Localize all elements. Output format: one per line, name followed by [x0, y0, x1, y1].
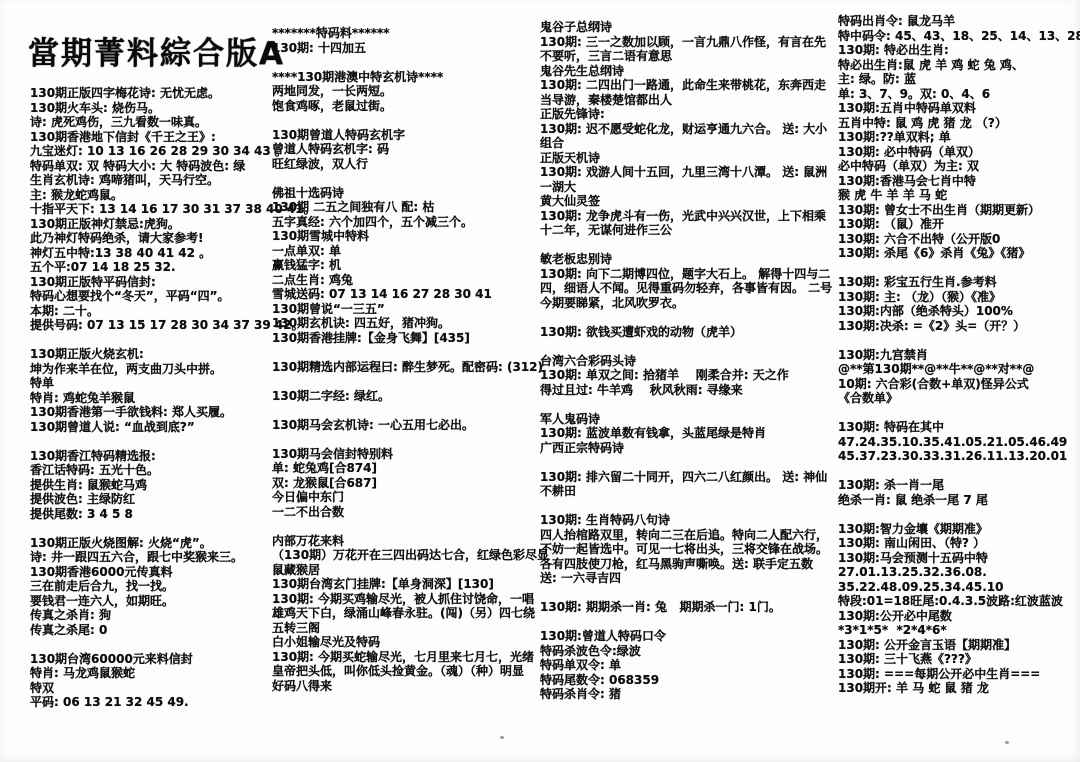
text-line: 130期: 向下二期博四位，题字大石上。 解得十四与二 — [540, 267, 832, 282]
text-line: 130期马会玄机诗: 一心五用七必出。 — [272, 418, 549, 433]
text-line: 130期香港挂牌:【金身飞舞】[435] — [272, 331, 549, 346]
text-line: 45.37.23.30.33.31.26.11.13.20.01 — [838, 449, 1080, 464]
blank-line — [540, 499, 832, 514]
blank-line — [540, 397, 832, 412]
text-line: 特中码令: 45、43、18、25、14、13、28、46 — [838, 29, 1080, 44]
text-line: 五肖中特: 鼠 鸡 虎 猪 龙 （?） — [838, 116, 1080, 131]
text-line: 130期: 今期买蛇输尽光，七月里来七月七，光绪 — [272, 650, 549, 665]
text-line: 130期: 三十飞燕《???》 — [838, 652, 1080, 667]
text-line: 130期: 戏游人间十五回，九里三湾十八潭。 送: 鼠洲 — [540, 165, 832, 180]
column-4: 特码出肖令: 鼠龙马羊特中码令: 45、43、18、25、14、13、28、46… — [838, 14, 1080, 696]
column-3: 鬼谷子总纲诗130期: 三一之数加以顾，一言九鼎八作怪，有言在先不要听，三言二语… — [540, 20, 832, 702]
text-line: 47.24.35.10.35.41.05.21.05.46.49 — [838, 435, 1080, 450]
text-line: 130期玄机诀: 四五好，猪冲狗。 — [272, 316, 549, 331]
text-line: 鬼谷子总纲诗 — [540, 20, 832, 35]
text-line: 35.22.48.09.25.34.45.10 — [838, 580, 1080, 595]
text-line: 特码杀波色令:绿波 — [540, 644, 832, 659]
blank-line — [272, 519, 549, 534]
scan-speck — [500, 736, 504, 739]
column-2: *******特码料******130期: 十四加五 ****130期港澳中特玄… — [272, 26, 549, 693]
text-line: 雄鸡天下白，绿涌山峰春永驻。(闯)（另）四七绕 — [272, 606, 549, 621]
blank-line — [272, 345, 549, 360]
text-line: 正版先锋诗: — [540, 107, 832, 122]
text-line: 赢钱猛字: 机 — [272, 258, 549, 273]
text-line: 130期台湾玄门挂牌:【单身洞深】[130] — [272, 577, 549, 592]
blank-line — [838, 507, 1080, 522]
text-line: 广西正宗特码诗 — [540, 441, 832, 456]
text-line: 130期:内部（绝杀特头）100% — [838, 304, 1080, 319]
text-line: 雪城送码: 07 13 14 16 27 28 30 41 — [272, 287, 549, 302]
blank-line — [540, 310, 832, 325]
text-line: 正版天机诗 — [540, 151, 832, 166]
text-line: 130期: 十四加五 — [272, 41, 549, 56]
text-line: 绝杀一肖: 鼠 绝杀一尾 7 尾 — [838, 493, 1080, 508]
text-line: 鬼谷先生总纲诗 — [540, 64, 832, 79]
text-line: 130期: 杀一肖一尾 — [838, 478, 1080, 493]
text-line: 130期: 龙争虎斗有一伤，光武中兴兴汉世，上下相乘 — [540, 209, 832, 224]
text-line: 饱食鸡啄，老鼠过街。 — [272, 99, 549, 114]
text-line: 130期: 期期杀一肖: 兔 期期杀一门: 1门。 — [540, 600, 832, 615]
blank-line — [272, 55, 549, 70]
text-line: 130期:香港马会七肖中特 — [838, 174, 1080, 189]
text-line: 130期: 迟不愿受蛇化龙，财运亨通九六合。 送: 大小 — [540, 122, 832, 137]
text-line: 130期开: 羊 马 蛇 鼠 猪 龙 — [838, 681, 1080, 696]
text-line: 130期 二五之间独有八 配: 枯 — [272, 200, 549, 215]
text-line: 130期马会信封特别料 — [272, 447, 549, 462]
blank-line — [838, 261, 1080, 276]
text-line: 130期曾说“一三五” — [272, 302, 549, 317]
scanned-sheet: 當期菁料綜合版A 130期正版四字梅花诗: 无忧无虑。130期火车头: 烧伤马。… — [0, 0, 1080, 762]
text-line: 内部万花来料 — [272, 534, 549, 549]
text-line: 单: 3、7、9。双: 0、4、6 — [838, 87, 1080, 102]
blank-line — [540, 455, 832, 470]
text-line: 130期精选内部运程曰: 醉生梦死。配密码: (312) — [272, 360, 549, 375]
text-line: 五转三阁 — [272, 621, 549, 636]
text-line: 旺红绿波，双人行 — [272, 157, 549, 172]
text-line: 猴 虎 牛 羊 羊 马 蛇 — [838, 188, 1080, 203]
text-line: 敏老板忠别诗 — [540, 252, 832, 267]
page-title: 當期菁料綜合版A — [28, 28, 285, 73]
text-line: 佛祖十选码诗 — [272, 186, 549, 201]
text-line: 130期: 曾女士不出生肖（期期更新） — [838, 203, 1080, 218]
text-line: 130期: 排六留二十同开，四六二八红颜出。 送: 神仙 — [540, 470, 832, 485]
text-line: 十二年，无谋何进作三公 — [540, 223, 832, 238]
text-line: 组合 — [540, 136, 832, 151]
text-line: 二点生肖: 鸡兔 — [272, 273, 549, 288]
text-line: 平码: 06 13 21 32 45 49. — [30, 695, 316, 710]
text-line: 不妨一起皆选中。可见一七将出头，三将交锋在战场。 — [540, 542, 832, 557]
text-line: 白小姐输尽光及特码 — [272, 635, 549, 650]
text-line: 今期要睇紧，北风吹罗衣。 — [540, 296, 832, 311]
text-line: 130期: 蓝波单数有钱拿，头蓝尾绿是特肖 — [540, 426, 832, 441]
blank-line — [540, 238, 832, 253]
text-line: 130期:五肖中特码单双料 — [838, 101, 1080, 116]
blank-line — [540, 615, 832, 630]
text-line: 双: 龙猴鼠[合687] — [272, 476, 549, 491]
text-line: 130期: ===每期公开必中生肖=== — [838, 667, 1080, 682]
text-line: 军人鬼码诗 — [540, 412, 832, 427]
text-line: 四，细语人不闻。见得重码勿轻弃，各事皆有因。 二号 — [540, 281, 832, 296]
text-line: 特段:01=18旺尾:0.4.3.5波路:红波蓝波 — [838, 594, 1080, 609]
text-line: 一湖大 — [540, 180, 832, 195]
text-line: 特码单双令: 单 — [540, 658, 832, 673]
text-line: 一二不出合数 — [272, 505, 549, 520]
text-line: 130期雪城中特料 — [272, 229, 549, 244]
text-line: 130期: 六合不出特（公开版0 — [838, 232, 1080, 247]
blank-line — [272, 432, 549, 447]
text-line: 130期: 单双之间: 拾猪羊 刚柔合并: 天之作 — [540, 368, 832, 383]
text-line: 130期: 生肖特码八句诗 — [540, 513, 832, 528]
text-line: 五字真经: 六个加四个，五个减三个。 — [272, 215, 549, 230]
blank-line — [540, 586, 832, 601]
text-line: 必中特码（单双）为主: 双 — [838, 159, 1080, 174]
blank-line — [838, 406, 1080, 421]
text-line: 《合数单》 — [838, 391, 1080, 406]
text-line: 今日偏中东门 — [272, 490, 549, 505]
text-line: 130期二字经: 绿红。 — [272, 389, 549, 404]
text-line: 130期: 特码在其中 — [838, 420, 1080, 435]
text-line: 不耕田 — [540, 484, 832, 499]
text-line: 鼠藏猴居 — [272, 563, 549, 578]
text-line: 曾道人特码玄机字: 码 — [272, 142, 549, 157]
text-line: 得过且过: 牛羊鸡 秋风秋雨: 寻缘来 — [540, 383, 832, 398]
text-line: 130期:马会预测十五码中特 — [838, 551, 1080, 566]
blank-line — [272, 374, 549, 389]
text-line: 130期曾道人特码玄机字 — [272, 128, 549, 143]
text-line: 130期: 公开金言玉语【期期准】 — [838, 638, 1080, 653]
text-line: 当导游，秦楼楚馆都出人 — [540, 93, 832, 108]
text-line: 特必出生肖:鼠 虎 羊 鸡 蛇 兔 鸡、 — [838, 58, 1080, 73]
scan-speck — [1005, 741, 1009, 744]
text-line: 130期: 彩宝五行生肖.参考料 — [838, 275, 1080, 290]
text-line: 两地同发，一长两短。 — [272, 84, 549, 99]
text-line: （130期）万花开在三四出码达七合，红绿色彩尽显 — [272, 548, 549, 563]
text-line: 单: 蛇兔鸡[合874] — [272, 461, 549, 476]
text-line: 130期: 三一之数加以顾，一言九鼎八作怪，有言在先 — [540, 35, 832, 50]
text-line: ****130期港澳中特玄机诗**** — [272, 70, 549, 85]
blank-line — [838, 464, 1080, 479]
blank-line — [272, 113, 549, 128]
text-line: 黄大仙灵签 — [540, 194, 832, 209]
blank-line — [272, 403, 549, 418]
text-line: 特码尾数令: 068359 — [540, 673, 832, 688]
text-line: 特码杀肖令: 猪 — [540, 687, 832, 702]
text-line: 130期:九宫禁肖 — [838, 348, 1080, 363]
text-line: *******特码料****** — [272, 26, 549, 41]
text-line: *3*1*5* *2*4*6* — [838, 623, 1080, 638]
text-line: 130期:智力金壤《期期准》 — [838, 522, 1080, 537]
blank-line — [540, 339, 832, 354]
text-line: 130期:??单双料; 单 — [838, 130, 1080, 145]
text-line: 130期: 杀尾《6》杀肖《兔》《猪》 — [838, 246, 1080, 261]
text-line: 27.01.13.25.32.36.08. — [838, 565, 1080, 580]
blank-line — [272, 171, 549, 186]
text-line: 一点单双: 单 — [272, 244, 549, 259]
text-line: 主: 绿。防: 蓝 — [838, 72, 1080, 87]
text-line: 130期:公开必中尾数 — [838, 609, 1080, 624]
text-line: 各有四肢使刀枪，红马黑驹声嘶唤。送: 联手定五数 — [540, 557, 832, 572]
text-line: 台湾六合彩码头诗 — [540, 354, 832, 369]
text-line: 皇帝把头低，叫你低头捡黄金。（魂）（种）明显 — [272, 664, 549, 679]
text-line: 130期: 必中特码（单双） — [838, 145, 1080, 160]
text-line: 130期:曾道人特码口令 — [540, 629, 832, 644]
text-line: 送: 一六寻吉四 — [540, 571, 832, 586]
text-line: 130期: 欲钱买遭虾戏的动物（虎羊） — [540, 325, 832, 340]
text-line: 130期: 二四出门一路通，此命生来带桃花，东奔西走 — [540, 78, 832, 93]
text-line: 130期: 特必出生肖: — [838, 43, 1080, 58]
text-line: 不要听，三言二语有意思 — [540, 49, 832, 64]
text-line: 130期: 今期买鸡输尽光，被人抓住讨饶命，一唱 — [272, 592, 549, 607]
text-line: 130期: 主: （龙）（猴）《准》 — [838, 290, 1080, 305]
blank-line — [838, 333, 1080, 348]
text-line: 130期:决杀: =《2》头=（开？） — [838, 319, 1080, 334]
text-line: 特码出肖令: 鼠龙马羊 — [838, 14, 1080, 29]
text-line: 130期: 南山闲田、（特? ） — [838, 536, 1080, 551]
text-line: 10期: 六合彩(合数+单双)怪异公式 — [838, 377, 1080, 392]
text-line: 130期: （鼠）准开 — [838, 217, 1080, 232]
text-line: @**第130期**@**牛**@**对**@ — [838, 362, 1080, 377]
text-line: 好码八得来 — [272, 679, 549, 694]
text-line: 四人抬棺路双里，转向二三在后追。特向二人配六行， — [540, 528, 832, 543]
